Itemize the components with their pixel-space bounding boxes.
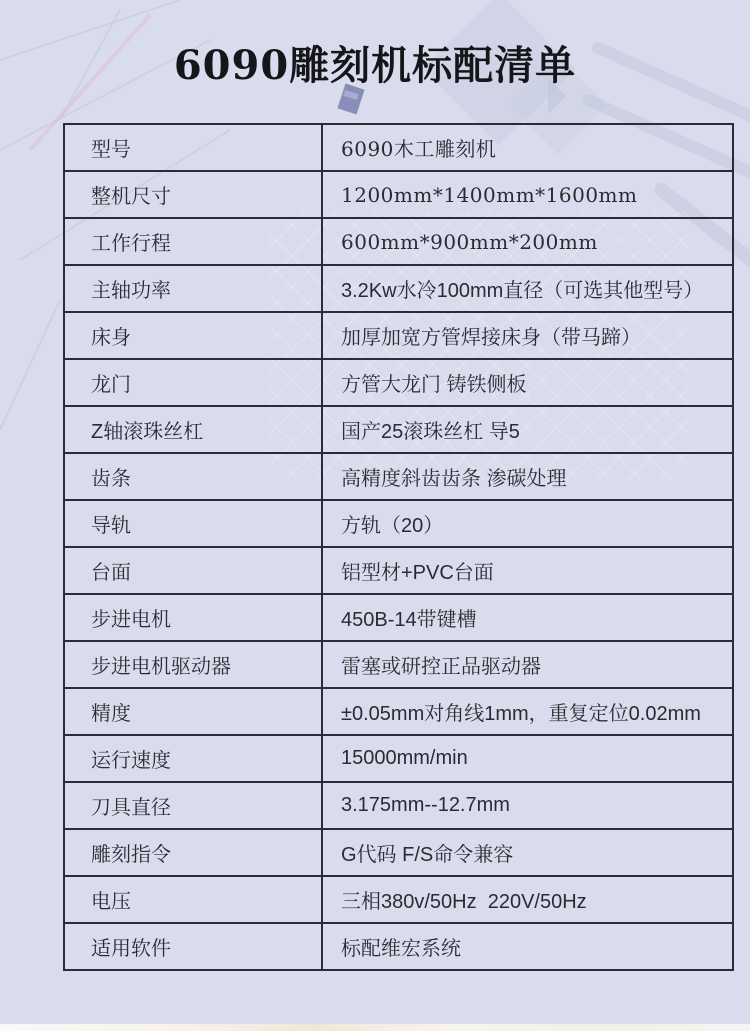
- table-row: 型号 6090木工雕刻机: [64, 124, 733, 171]
- spec-table: 型号 6090木工雕刻机 整机尺寸 1200mm*1400mm*1600mm 工…: [63, 123, 734, 971]
- spec-value-cell: 3.2Kw水冷100mm直径（可选其他型号）: [322, 265, 733, 312]
- table-row: 工作行程 600mm*900mm*200mm: [64, 218, 733, 265]
- table-row: 刀具直径 3.175mm--12.7mm: [64, 782, 733, 829]
- table-row: 床身 加厚加宽方管焊接床身（带马蹄）: [64, 312, 733, 359]
- spec-value-cell: 600mm*900mm*200mm: [322, 218, 733, 265]
- spec-name-cell: 步进电机: [64, 594, 322, 641]
- table-row: 主轴功率 3.2Kw水冷100mm直径（可选其他型号）: [64, 265, 733, 312]
- spec-name-cell: 台面: [64, 547, 322, 594]
- table-row: 步进电机驱动器 雷塞或研控正品驱动器: [64, 641, 733, 688]
- table-row: 适用软件 标配维宏系统: [64, 923, 733, 970]
- spec-value-cell: 方轨（20）: [322, 500, 733, 547]
- spec-name-cell: 适用软件: [64, 923, 322, 970]
- spec-name-cell: 刀具直径: [64, 782, 322, 829]
- table-row: 运行速度 15000mm/min: [64, 735, 733, 782]
- spec-name-cell: 床身: [64, 312, 322, 359]
- spec-value-cell: 雷塞或研控正品驱动器: [322, 641, 733, 688]
- table-row: 整机尺寸 1200mm*1400mm*1600mm: [64, 171, 733, 218]
- bottom-image-strip: [0, 1024, 750, 1031]
- spec-name-cell: 工作行程: [64, 218, 322, 265]
- spec-value-cell: 450B-14带键槽: [322, 594, 733, 641]
- spec-value-cell: 1200mm*1400mm*1600mm: [322, 171, 733, 218]
- table-row: 雕刻指令 G代码 F/S命令兼容: [64, 829, 733, 876]
- spec-value-cell: 三相380v/50Hz 220V/50Hz: [322, 876, 733, 923]
- spec-value-cell: ±0.05mm对角线1mm，重复定位0.02mm: [322, 688, 733, 735]
- spec-value-cell: 高精度斜齿齿条 渗碳处理: [322, 453, 733, 500]
- table-row: 导轨 方轨（20）: [64, 500, 733, 547]
- spec-name-cell: 步进电机驱动器: [64, 641, 322, 688]
- spec-table-body: 型号 6090木工雕刻机 整机尺寸 1200mm*1400mm*1600mm 工…: [64, 124, 733, 970]
- table-row: 龙门 方管大龙门 铸铁侧板: [64, 359, 733, 406]
- spec-value-cell: 标配维宏系统: [322, 923, 733, 970]
- table-row: 台面 铝型材+PVC台面: [64, 547, 733, 594]
- spec-name-cell: 电压: [64, 876, 322, 923]
- spec-name-cell: 整机尺寸: [64, 171, 322, 218]
- spec-value-cell: 15000mm/min: [322, 735, 733, 782]
- table-row: 精度 ±0.05mm对角线1mm，重复定位0.02mm: [64, 688, 733, 735]
- table-row: 步进电机 450B-14带键槽: [64, 594, 733, 641]
- spec-name-cell: 主轴功率: [64, 265, 322, 312]
- table-row: 电压 三相380v/50Hz 220V/50Hz: [64, 876, 733, 923]
- spec-value-cell: G代码 F/S命令兼容: [322, 829, 733, 876]
- spec-name-cell: 齿条: [64, 453, 322, 500]
- spec-value-cell: 3.175mm--12.7mm: [322, 782, 733, 829]
- spec-value-cell: 方管大龙门 铸铁侧板: [322, 359, 733, 406]
- spec-value-cell: 铝型材+PVC台面: [322, 547, 733, 594]
- spec-name-cell: Z轴滚珠丝杠: [64, 406, 322, 453]
- spec-name-cell: 导轨: [64, 500, 322, 547]
- spec-value-cell: 加厚加宽方管焊接床身（带马蹄）: [322, 312, 733, 359]
- spec-name-cell: 龙门: [64, 359, 322, 406]
- spec-name-cell: 精度: [64, 688, 322, 735]
- spec-name-cell: 雕刻指令: [64, 829, 322, 876]
- spec-value-cell: 6090木工雕刻机: [322, 124, 733, 171]
- table-row: 齿条 高精度斜齿齿条 渗碳处理: [64, 453, 733, 500]
- spec-name-cell: 运行速度: [64, 735, 322, 782]
- spec-value-cell: 国产25滚珠丝杠 导5: [322, 406, 733, 453]
- table-row: Z轴滚珠丝杠 国产25滚珠丝杠 导5: [64, 406, 733, 453]
- spec-name-cell: 型号: [64, 124, 322, 171]
- page-title: 6090雕刻机标配清单: [0, 34, 750, 91]
